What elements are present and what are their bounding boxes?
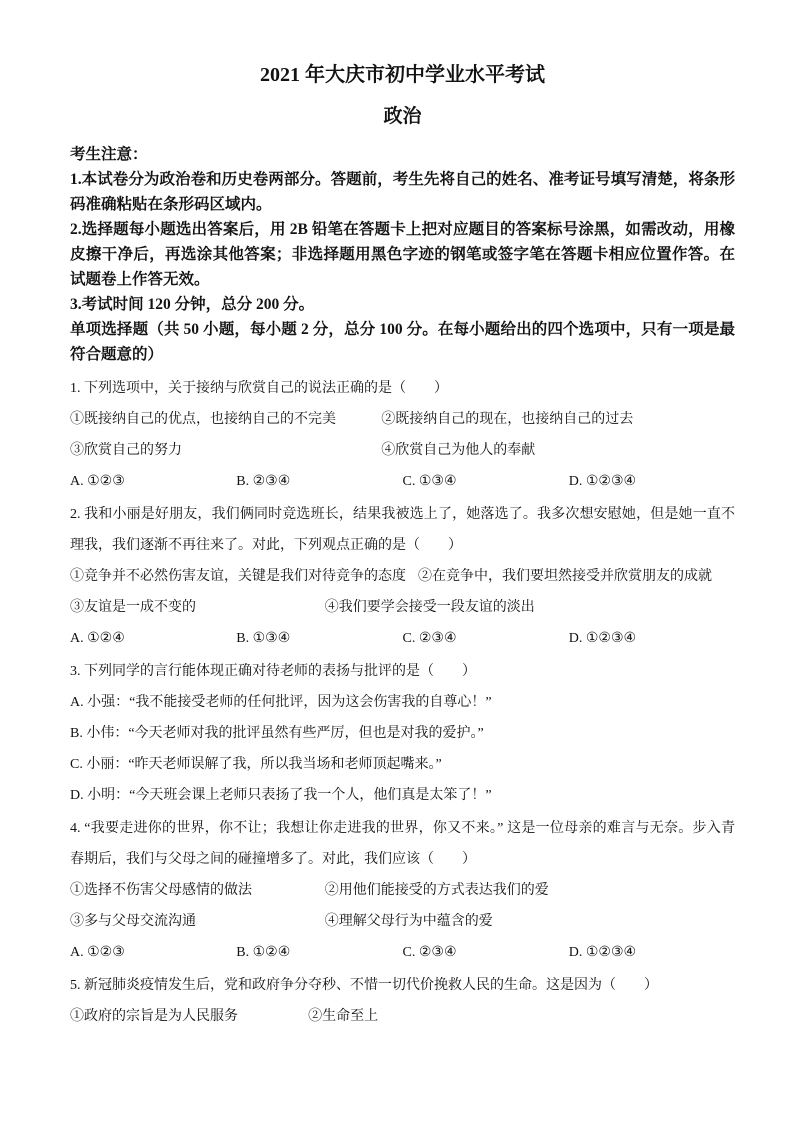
choice-c: C. ②③④ [403,937,569,968]
question-3-option-a: A. 小强：“我不能接受老师的任何批评，因为这会伤害我的自尊心！” [70,687,735,718]
notice-heading: 考生注意： [70,142,735,167]
choice-d: D. ①②③④ [569,466,735,497]
choice-b: B. ②③④ [236,466,402,497]
question-2-subrow-2: ③友谊是一成不变的 ④我们要学会接受一段友谊的淡出 [70,592,735,623]
choice-a: A. ①②③ [70,937,236,968]
sub-option-4: ④欣赏自己为他人的奉献 [381,435,535,466]
question-3-option-d: D. 小明：“今天班会课上老师只表扬了我一个人，他们真是太笨了！” [70,780,735,811]
question-4-stem: 4. “我要走进你的世界，你不让；我想让你走进我的世界，你又不来。” 这是一位母… [70,813,735,875]
sub-option-4: ④理解父母行为中蕴含的爱 [325,906,493,937]
sub-option-2: ②生命至上 [308,1001,378,1032]
choice-c: C. ①③④ [403,466,569,497]
question-3-option-b: B. 小伟：“今天老师对我的批评虽然有些严厉，但也是对我的爱护。” [70,718,735,749]
question-5: 5. 新冠肺炎疫情发生后，党和政府争分夺秒、不惜一切代价挽救人民的生命。这是因为… [70,970,735,1032]
question-3: 3. 下列同学的言行能体现正确对待老师的表扬与批评的是（ ） A. 小强：“我不… [70,656,735,811]
section-heading: 单项选择题（共 50 小题，每小题 2 分，总分 100 分。在每小题给出的四个… [70,317,735,367]
choice-a: A. ①②④ [70,623,236,654]
question-3-option-c: C. 小丽：“昨天老师误解了我，所以我当场和老师顶起嘴来。” [70,749,735,780]
question-1-subrow-1: ①既接纳自己的优点，也接纳自己的不完美 ②既接纳自己的现在，也接纳自己的过去 [70,404,735,435]
question-2-stem: 2. 我和小丽是好朋友，我们俩同时竞选班长，结果我被选上了，她落选了。我多次想安… [70,499,735,561]
exam-title: 2021 年大庆市初中学业水平考试 [70,62,735,88]
question-2-subrow-1: ①竞争并不必然伤害友谊，关键是我们对待竞争的态度 ②在竞争中，我们要坦然接受并欣… [70,561,735,592]
choice-b: B. ①③④ [236,623,402,654]
sub-option-1: ①既接纳自己的优点，也接纳自己的不完美 [70,404,369,435]
sub-option-1: ①政府的宗旨是为人民服务 [70,1001,296,1032]
sub-option-1: ①选择不伤害父母感情的做法 [70,875,313,906]
question-5-subrow-1: ①政府的宗旨是为人民服务 ②生命至上 [70,1001,735,1032]
question-2: 2. 我和小丽是好朋友，我们俩同时竞选班长，结果我被选上了，她落选了。我多次想安… [70,499,735,654]
sub-option-4: ④我们要学会接受一段友谊的淡出 [325,592,535,623]
sub-option-3: ③多与父母交流沟通 [70,906,313,937]
sub-option-2: ②在竞争中，我们要坦然接受并欣赏朋友的成就 [418,561,712,592]
notice-section: 考生注意： 1.本试卷分为政治卷和历史卷两部分。答题前，考生先将自己的姓名、准考… [70,142,735,367]
question-1-choices: A. ①②③ B. ②③④ C. ①③④ D. ①②③④ [70,466,735,497]
questions-list: 1. 下列选项中，关于接纳与欣赏自己的说法正确的是（ ） ①既接纳自己的优点，也… [70,373,735,1032]
question-4-subrow-2: ③多与父母交流沟通 ④理解父母行为中蕴含的爱 [70,906,735,937]
exam-paper-page: 2021 年大庆市初中学业水平考试 政治 考生注意： 1.本试卷分为政治卷和历史… [0,0,793,1122]
sub-option-3: ③友谊是一成不变的 [70,592,313,623]
question-2-choices: A. ①②④ B. ①③④ C. ②③④ D. ①②③④ [70,623,735,654]
question-4: 4. “我要走进你的世界，你不让；我想让你走进我的世界，你又不来。” 这是一位母… [70,813,735,968]
choice-d: D. ①②③④ [569,937,735,968]
choice-c: C. ②③④ [403,623,569,654]
question-5-stem: 5. 新冠肺炎疫情发生后，党和政府争分夺秒、不惜一切代价挽救人民的生命。这是因为… [70,970,735,1001]
question-1: 1. 下列选项中，关于接纳与欣赏自己的说法正确的是（ ） ①既接纳自己的优点，也… [70,373,735,497]
exam-subject: 政治 [70,104,735,130]
sub-option-2: ②既接纳自己的现在，也接纳自己的过去 [381,404,633,435]
sub-option-1: ①竞争并不必然伤害友谊，关键是我们对待竞争的态度 [70,561,406,592]
question-1-subrow-2: ③欣赏自己的努力 ④欣赏自己为他人的奉献 [70,435,735,466]
question-1-stem: 1. 下列选项中，关于接纳与欣赏自己的说法正确的是（ ） [70,373,735,404]
question-4-choices: A. ①②③ B. ①②④ C. ②③④ D. ①②③④ [70,937,735,968]
notice-item-2: 2.选择题每小题选出答案后，用 2B 铅笔在答题卡上把对应题目的答案标号涂黑，如… [70,217,735,292]
choice-a: A. ①②③ [70,466,236,497]
choice-b: B. ①②④ [236,937,402,968]
sub-option-3: ③欣赏自己的努力 [70,435,369,466]
question-3-stem: 3. 下列同学的言行能体现正确对待老师的表扬与批评的是（ ） [70,656,735,687]
notice-item-3: 3.考试时间 120 分钟，总分 200 分。 [70,292,735,317]
notice-item-1: 1.本试卷分为政治卷和历史卷两部分。答题前，考生先将自己的姓名、准考证号填写清楚… [70,167,735,217]
choice-d: D. ①②③④ [569,623,735,654]
sub-option-2: ②用他们能接受的方式表达我们的爱 [325,875,549,906]
question-4-subrow-1: ①选择不伤害父母感情的做法 ②用他们能接受的方式表达我们的爱 [70,875,735,906]
